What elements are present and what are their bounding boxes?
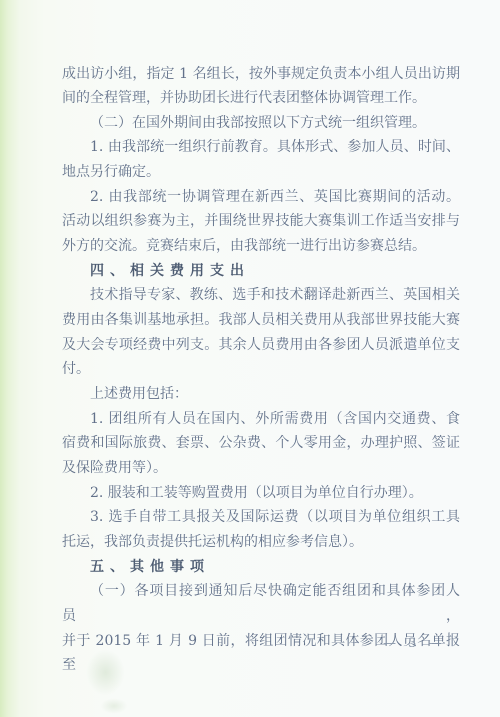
document-line: 上述费用包括： bbox=[62, 382, 460, 407]
document-line: 2. 由我部统一协调管理在新西兰、英国比赛期间的活动。 bbox=[62, 185, 460, 210]
document-line: （二）在国外期间由我部按照以下方式统一组织管理。 bbox=[62, 111, 460, 136]
scanned-document-page: 成出访小组，指定 1 名组长，按外事规定负责本小组人员出访期间的全程管理，并协助… bbox=[0, 0, 500, 717]
document-line: 托运，我部负责提供托运机构的相应参考信息）。 bbox=[62, 530, 460, 555]
document-line: 费用由各集训基地承担。我部人员相关费用从我部世界技能大赛 bbox=[62, 308, 460, 333]
document-line: 活动以组织参赛为主，并围绕世界技能大赛集训工作适当安排与 bbox=[62, 209, 460, 234]
section-heading: 五、其他事项 bbox=[62, 555, 460, 580]
document-line: 外方的交流。竞赛结束后，由我部统一进行出访参赛总结。 bbox=[62, 234, 460, 259]
document-line: 宿费和国际旅费、套票、公杂费、个人零用金，办理护照、签证 bbox=[62, 431, 460, 456]
document-line: 地点另行确定。 bbox=[62, 160, 460, 185]
document-line: 及大会专项经费中列支。其余人员费用由各参团人员派遣单位支 bbox=[62, 333, 460, 358]
document-line: 间的全程管理，并协助团长进行代表团整体协调管理工作。 bbox=[62, 86, 460, 111]
document-line: 技术指导专家、教练、选手和技术翻译赴新西兰、英国相关 bbox=[62, 283, 460, 308]
page-number: — 3 — bbox=[383, 636, 444, 651]
document-body: 成出访小组，指定 1 名组长，按外事规定负责本小组人员出访期间的全程管理，并协助… bbox=[62, 62, 460, 678]
document-line: 1. 团组所有人员在国内、外所需费用（含国内交通费、食 bbox=[62, 407, 460, 432]
document-line: 1. 由我部统一组织行前教育。具体形式、参加人员、时间、 bbox=[62, 135, 460, 160]
document-line: 2. 服装和工装等购置费用（以项目为单位自行办理）。 bbox=[62, 481, 460, 506]
document-line: 3. 选手自带工具报关及国际运费（以项目为单位组织工具 bbox=[62, 505, 460, 530]
document-line: 付。 bbox=[62, 357, 460, 382]
document-line: 及保险费用等）。 bbox=[62, 456, 460, 481]
document-line: （一）各项目接到通知后尽快确定能否组团和具体参团人员， bbox=[62, 579, 460, 628]
document-line: 成出访小组，指定 1 名组长，按外事规定负责本小组人员出访期 bbox=[62, 62, 460, 87]
section-heading: 四、相关费用支出 bbox=[62, 259, 460, 284]
scan-smudge bbox=[95, 695, 133, 717]
